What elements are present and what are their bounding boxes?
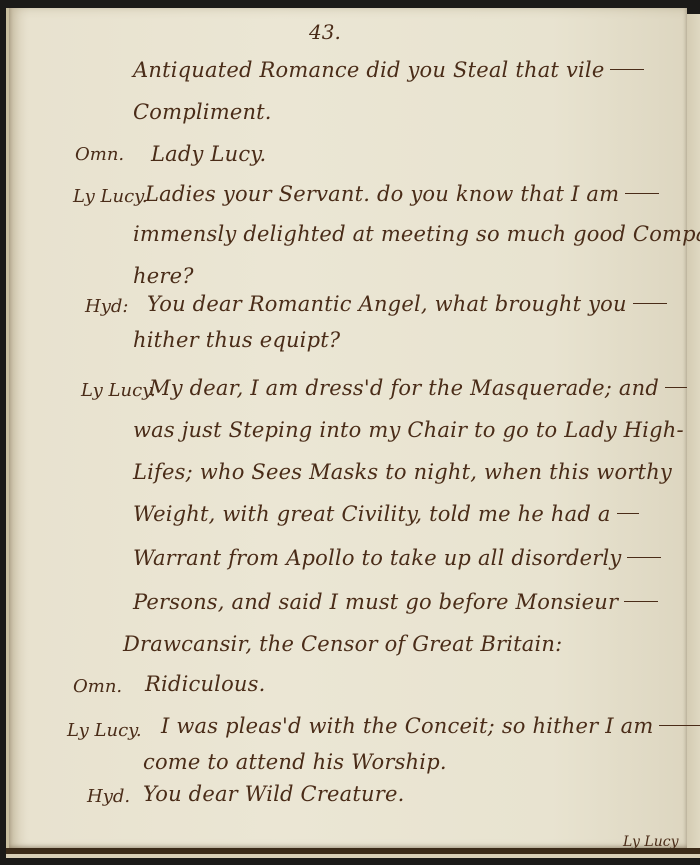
- text-line: My dear, I am dress'd for the Masquerade…: [149, 376, 687, 400]
- line-text: hither thus equipt?: [133, 328, 340, 352]
- text-line: Compliment.: [133, 100, 272, 124]
- line-text: Drawcansir, the Censor of Great Britain:: [123, 632, 562, 656]
- line-text: Compliment.: [133, 100, 272, 124]
- text-line: come to attend his Worship.: [143, 750, 447, 774]
- text-line: Ridiculous.: [145, 672, 266, 696]
- speaker-label: Hyd:: [85, 296, 128, 317]
- line-text: Weight, with great Civility, told me he …: [133, 502, 611, 526]
- text-line: immensly delighted at meeting so much go…: [133, 222, 700, 246]
- continuation-dash: [633, 303, 667, 304]
- speaker-label: Omn.: [73, 676, 122, 697]
- manuscript-viewer: 43. Antiquated Romance did you Steal tha…: [0, 0, 700, 865]
- line-text: Lady Lucy.: [151, 142, 266, 166]
- speaker-label: Ly Lucy.: [67, 720, 142, 741]
- continuation-dash: [625, 193, 659, 194]
- text-line: Warrant from Apollo to take up all disor…: [133, 546, 661, 570]
- line-text: Antiquated Romance did you Steal that vi…: [133, 58, 604, 82]
- text-line: Lifes; who Sees Masks to night, when thi…: [133, 460, 672, 484]
- line-text: You dear Wild Creature.: [143, 782, 405, 806]
- text-line: Lady Lucy.: [151, 142, 266, 166]
- continuation-dash: [659, 725, 700, 726]
- speaker-label: Ly Lucy.: [81, 380, 156, 401]
- line-text: Ladies your Servant. do you know that I …: [145, 182, 619, 206]
- line-text: I was pleas'd with the Conceit; so hithe…: [161, 714, 653, 738]
- manuscript-page: 43. Antiquated Romance did you Steal tha…: [6, 8, 687, 850]
- text-line: You dear Romantic Angel, what brought yo…: [147, 292, 667, 316]
- text-line: hither thus equipt?: [133, 328, 340, 352]
- line-text: here?: [133, 264, 194, 288]
- speaker-label: Omn.: [75, 144, 124, 165]
- continuation-dash: [665, 387, 687, 388]
- line-text: immensly delighted at meeting so much go…: [133, 222, 700, 246]
- text-line: here?: [133, 264, 194, 288]
- text-line: You dear Wild Creature.: [143, 782, 405, 806]
- text-line: Antiquated Romance did you Steal that vi…: [133, 58, 644, 82]
- text-line: Ladies your Servant. do you know that I …: [145, 182, 659, 206]
- page-number: 43.: [309, 20, 341, 44]
- line-text: You dear Romantic Angel, what brought yo…: [147, 292, 627, 316]
- line-text: Warrant from Apollo to take up all disor…: [133, 546, 621, 570]
- line-text: was just Steping into my Chair to go to …: [133, 418, 684, 442]
- line-text: Lifes; who Sees Masks to night, when thi…: [133, 460, 672, 484]
- text-line: Drawcansir, the Censor of Great Britain:: [123, 632, 562, 656]
- text-line: I was pleas'd with the Conceit; so hithe…: [161, 714, 700, 738]
- continuation-dash: [617, 513, 639, 514]
- continuation-dash: [624, 601, 658, 602]
- line-text: Ridiculous.: [145, 672, 266, 696]
- continuation-dash: [610, 69, 644, 70]
- text-line: Weight, with great Civility, told me he …: [133, 502, 639, 526]
- line-text: come to attend his Worship.: [143, 750, 447, 774]
- speaker-label: Hyd.: [87, 786, 130, 807]
- speaker-label: Ly Lucy.: [73, 186, 148, 207]
- line-text: Persons, and said I must go before Monsi…: [133, 590, 618, 614]
- line-text: My dear, I am dress'd for the Masquerade…: [149, 376, 659, 400]
- text-line: Persons, and said I must go before Monsi…: [133, 590, 658, 614]
- page-bottom-edge-underlay: [6, 854, 700, 858]
- continuation-dash: [627, 557, 661, 558]
- text-line: was just Steping into my Chair to go to …: [133, 418, 684, 442]
